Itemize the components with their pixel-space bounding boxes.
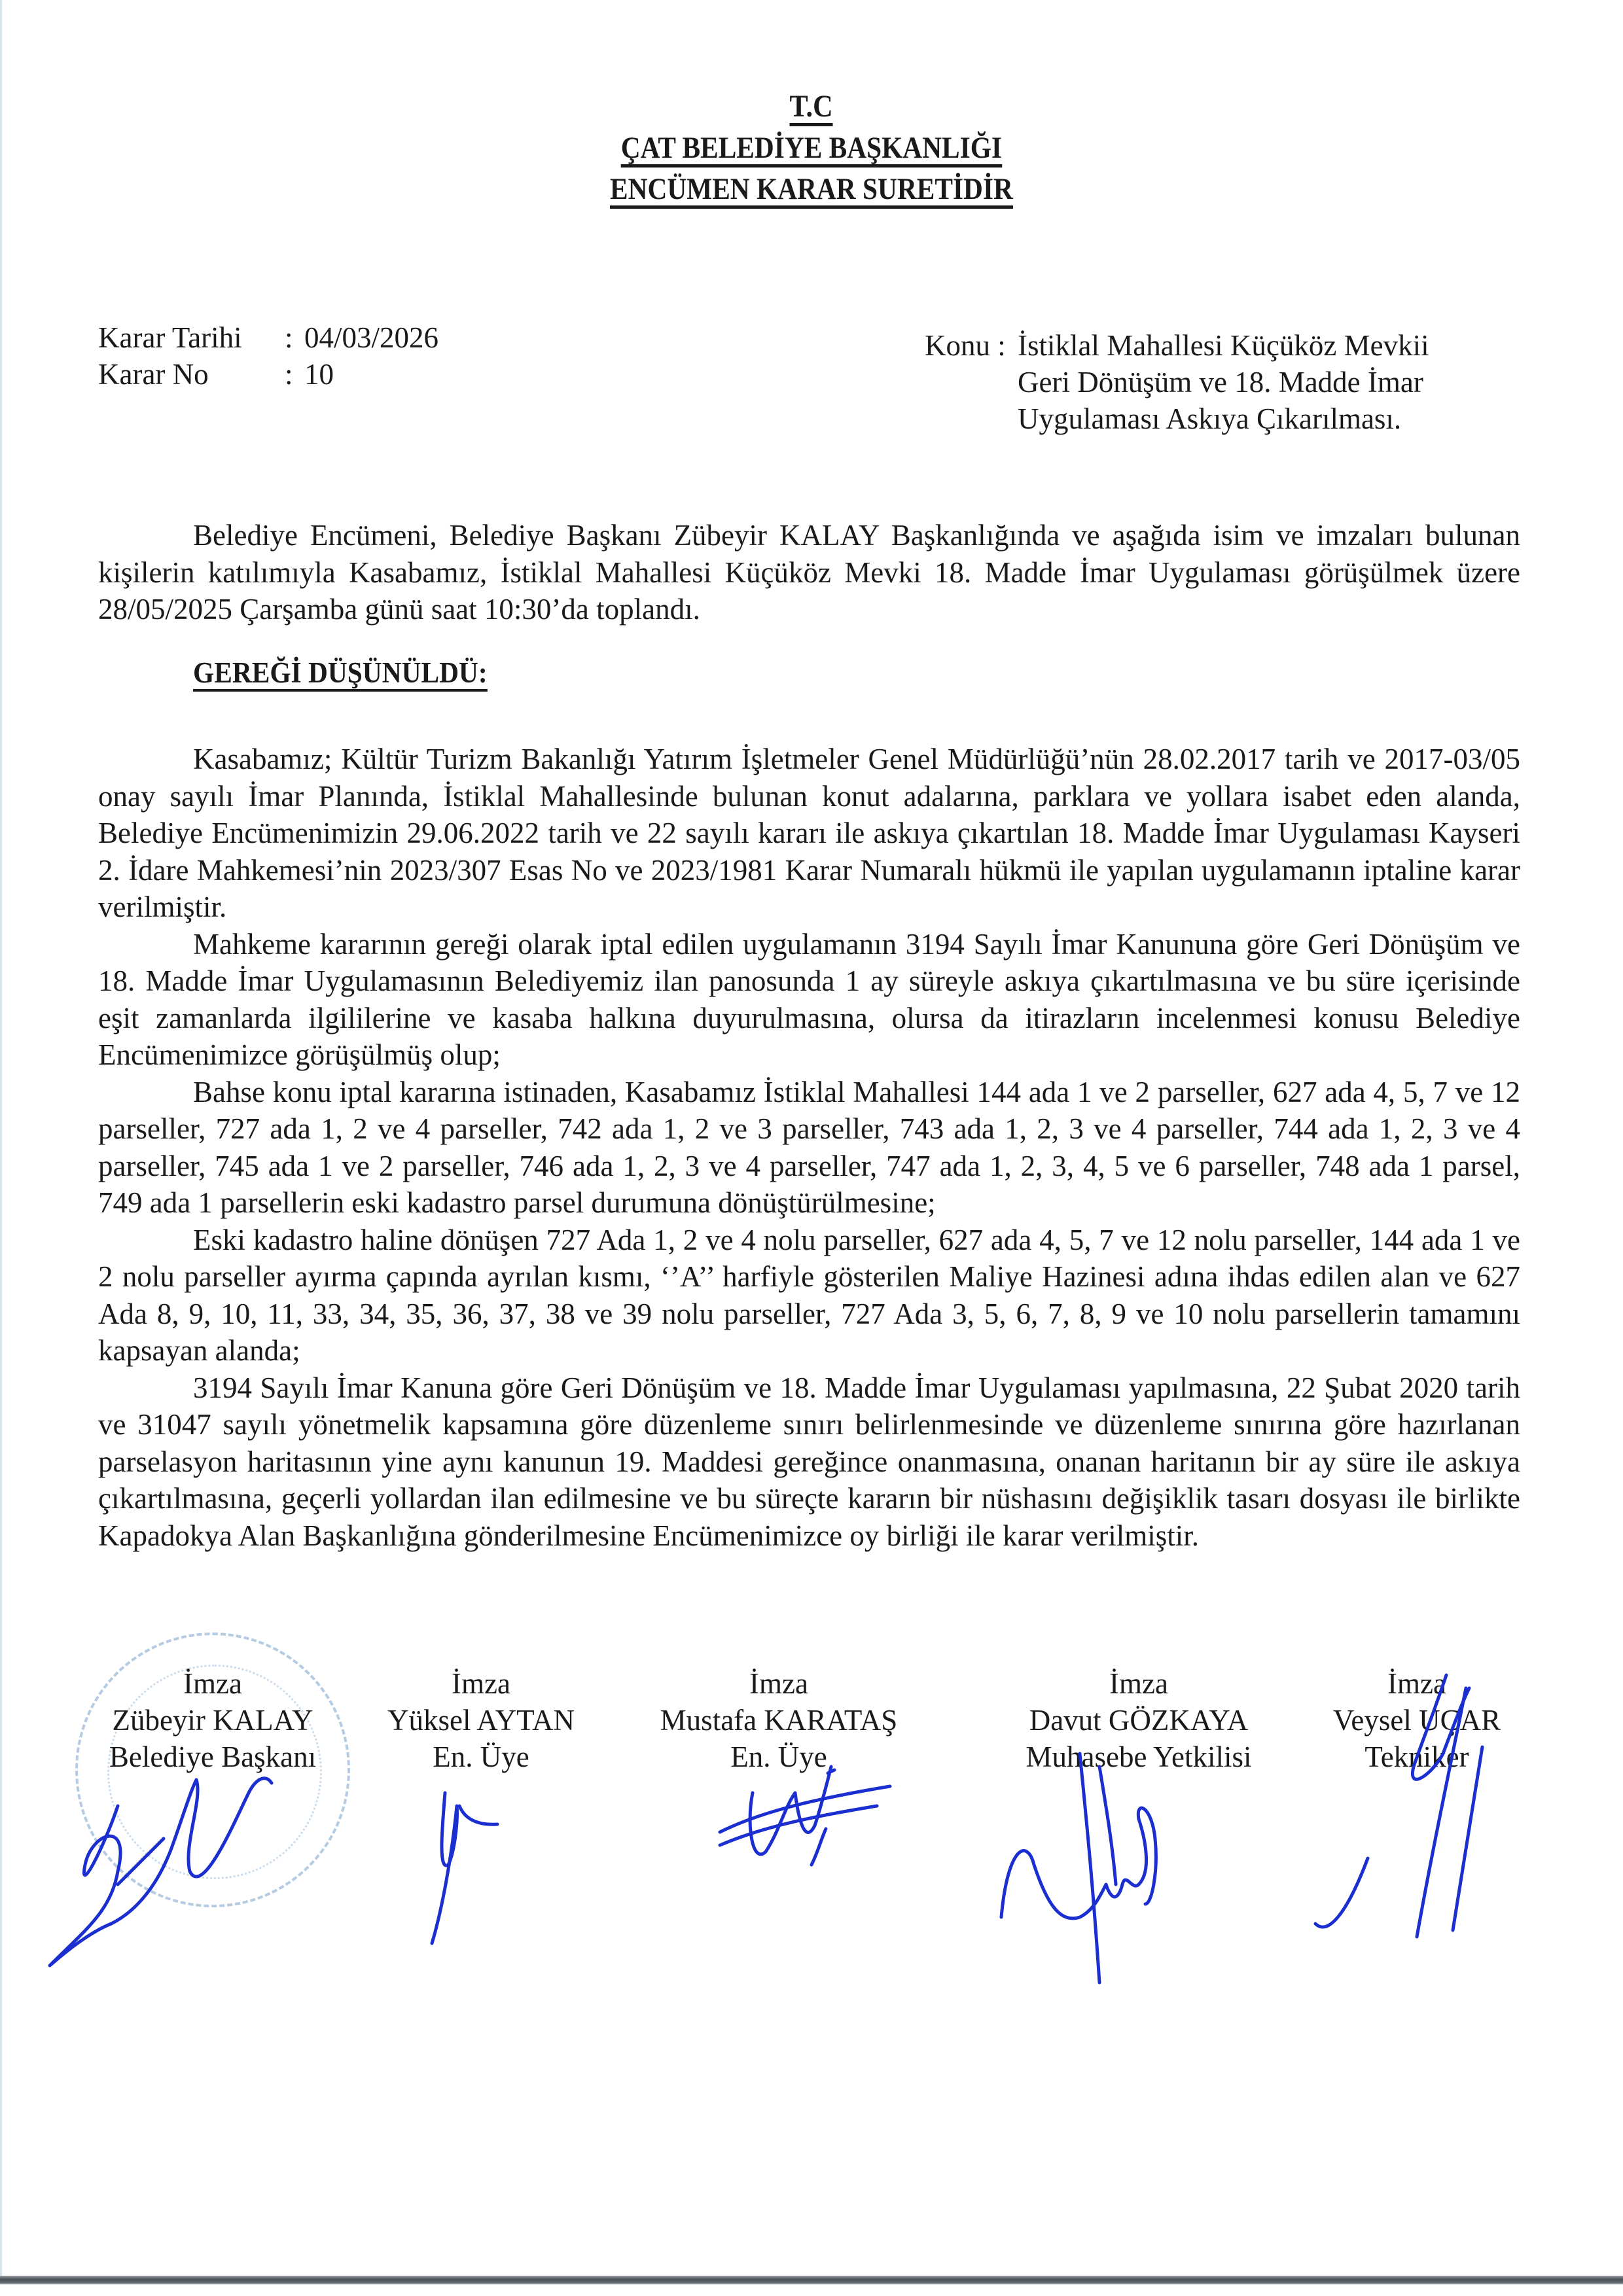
header-tc: T.C xyxy=(790,90,833,126)
colon: : xyxy=(285,356,304,393)
signatory-name: Yüksel AYTAN xyxy=(366,1702,596,1739)
signatory-name: Mustafa KARATAŞ xyxy=(635,1702,923,1739)
decision-date-row: Karar Tarihi:04/03/2026 xyxy=(98,319,438,356)
signatory-role: En. Üye xyxy=(366,1739,596,1775)
signature-caption: İmza xyxy=(635,1665,923,1702)
body-paragraph: Eski kadastro haline dönüşen 727 Ada 1, … xyxy=(98,1222,1520,1369)
decision-date-value: 04/03/2026 xyxy=(304,319,438,356)
signature-mark-member-2 xyxy=(707,1754,903,1898)
scan-edge-bottom xyxy=(0,2276,1623,2285)
signature-mark-technician xyxy=(1302,1662,1512,1963)
signature-mark-mayor xyxy=(39,1767,380,1976)
signature-caption: İmza xyxy=(366,1665,596,1702)
section-heading: GEREĞİ DÜŞÜNÜLDÜ: xyxy=(193,656,488,692)
signatory-member-1: İmza Yüksel AYTAN En. Üye xyxy=(366,1665,596,1775)
signatory-mayor: İmza Zübeyir KALAY Belediye Başkanı xyxy=(85,1665,340,1775)
decision-number-label: Karar No xyxy=(98,356,285,393)
decision-number-row: Karar No:10 xyxy=(98,356,438,393)
subject-block: Konu : İstiklal Mahallesi Küçüköz Mevkii… xyxy=(925,327,1429,437)
signature-mark-member-1 xyxy=(406,1780,537,1950)
signatory-name: Davut GÖZKAYA xyxy=(1001,1702,1276,1739)
document-header: T.C ÇAT BELEDİYE BAŞKANLIĞI ENCÜMEN KARA… xyxy=(0,90,1623,214)
signature-mark-accounting xyxy=(995,1754,1270,1989)
subject-line: Uygulaması Askıya Çıkarılması. xyxy=(1018,400,1429,437)
colon: : xyxy=(285,319,304,356)
body-paragraph: 3194 Sayılı İmar Kanuna göre Geri Dönüşü… xyxy=(98,1369,1520,1555)
decision-date-label: Karar Tarihi xyxy=(98,319,285,356)
subject-label: Konu : xyxy=(925,327,1018,437)
header-document-type: ENCÜMEN KARAR SURETİDİR xyxy=(610,173,1013,209)
subject-line: İstiklal Mahallesi Küçüköz Mevkii xyxy=(1018,327,1429,364)
body-paragraph: Kasabamız; Kültür Turizm Bakanlığı Yatır… xyxy=(98,741,1520,926)
signature-caption: İmza xyxy=(85,1665,340,1702)
header-municipality: ÇAT BELEDİYE BAŞKANLIĞI xyxy=(621,132,1002,168)
signature-caption: İmza xyxy=(1001,1665,1276,1702)
decision-body: Kasabamız; Kültür Turizm Bakanlığı Yatır… xyxy=(98,741,1520,1554)
intro-section: Belediye Encümeni, Belediye Başkanı Zübe… xyxy=(98,517,1520,628)
intro-paragraph: Belediye Encümeni, Belediye Başkanı Zübe… xyxy=(98,517,1520,628)
decision-number-value: 10 xyxy=(304,356,334,393)
body-paragraph: Mahkeme kararının gereği olarak iptal ed… xyxy=(98,926,1520,1074)
signatory-name: Zübeyir KALAY xyxy=(85,1702,340,1739)
decision-meta: Karar Tarihi:04/03/2026 Karar No:10 xyxy=(98,319,438,393)
body-paragraph: Bahse konu iptal kararına istinaden, Kas… xyxy=(98,1074,1520,1222)
subject-line: Geri Dönüşüm ve 18. Madde İmar xyxy=(1018,364,1429,400)
